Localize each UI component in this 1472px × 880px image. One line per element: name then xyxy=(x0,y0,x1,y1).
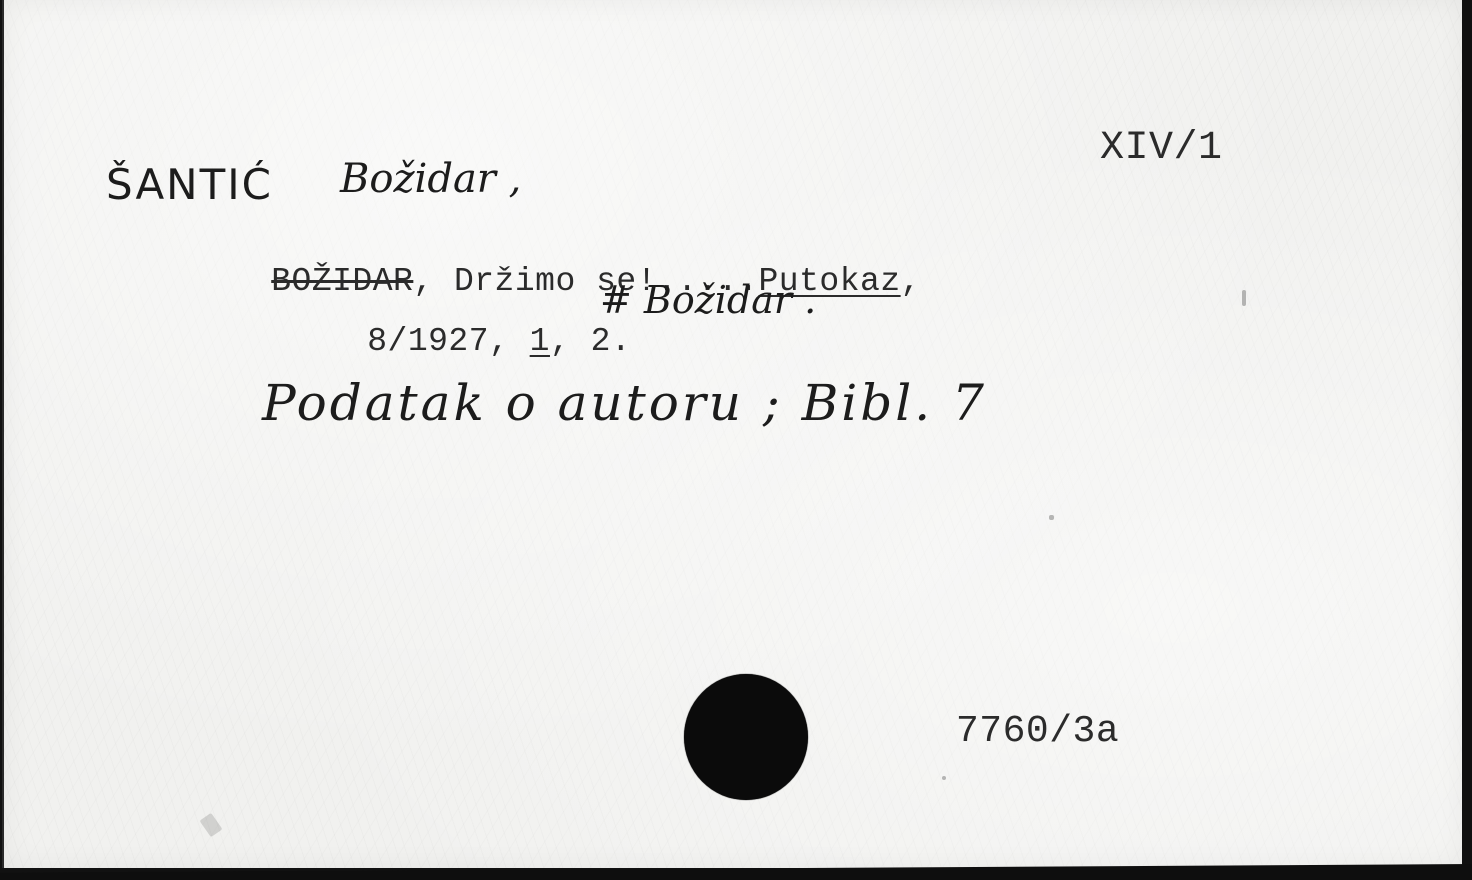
handwritten-note-name: # Božidar . xyxy=(600,278,816,322)
call-number: XIV/1 xyxy=(1100,126,1223,171)
citation-volume: 1 xyxy=(530,323,550,360)
heading-given-name: Božidar , xyxy=(340,156,521,202)
paper-speck xyxy=(1242,290,1246,306)
paper-speck xyxy=(1049,515,1054,520)
scan-border-right xyxy=(1462,0,1472,880)
citation-prefix: 8/1927, xyxy=(367,323,529,360)
punch-hole xyxy=(684,674,808,800)
catalog-card: XIV/1 ŠANTIĆ Božidar , BOŽIDAR, Držimo s… xyxy=(2,0,1464,868)
paper-speck xyxy=(200,813,223,837)
heading-surname: ŠANTIĆ xyxy=(106,160,273,209)
citation-suffix: , 2. xyxy=(550,323,631,360)
periodical-suffix: , xyxy=(901,263,921,300)
handwritten-annotation: Podatak o autoru ; Bibl. 7 xyxy=(262,374,987,432)
accession-number: 7760/3a xyxy=(956,710,1119,753)
paper-speck xyxy=(942,776,946,780)
